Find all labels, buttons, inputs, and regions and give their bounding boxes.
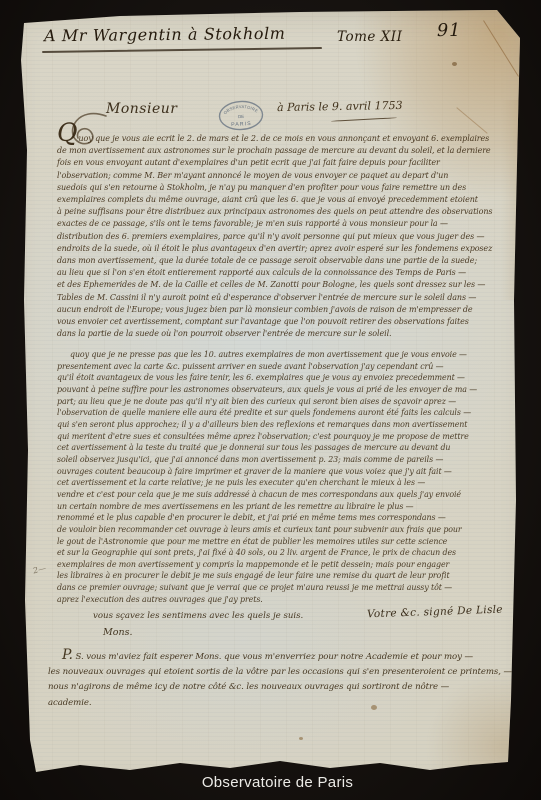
caption: Observatoire de Paris — [0, 774, 541, 791]
paper-edge-shading — [0, 0, 541, 800]
manuscript-page: A Mr Wargentin à Stokholm Tome XII 91 OB… — [0, 0, 541, 800]
photograph: A Mr Wargentin à Stokholm Tome XII 91 OB… — [0, 0, 541, 800]
